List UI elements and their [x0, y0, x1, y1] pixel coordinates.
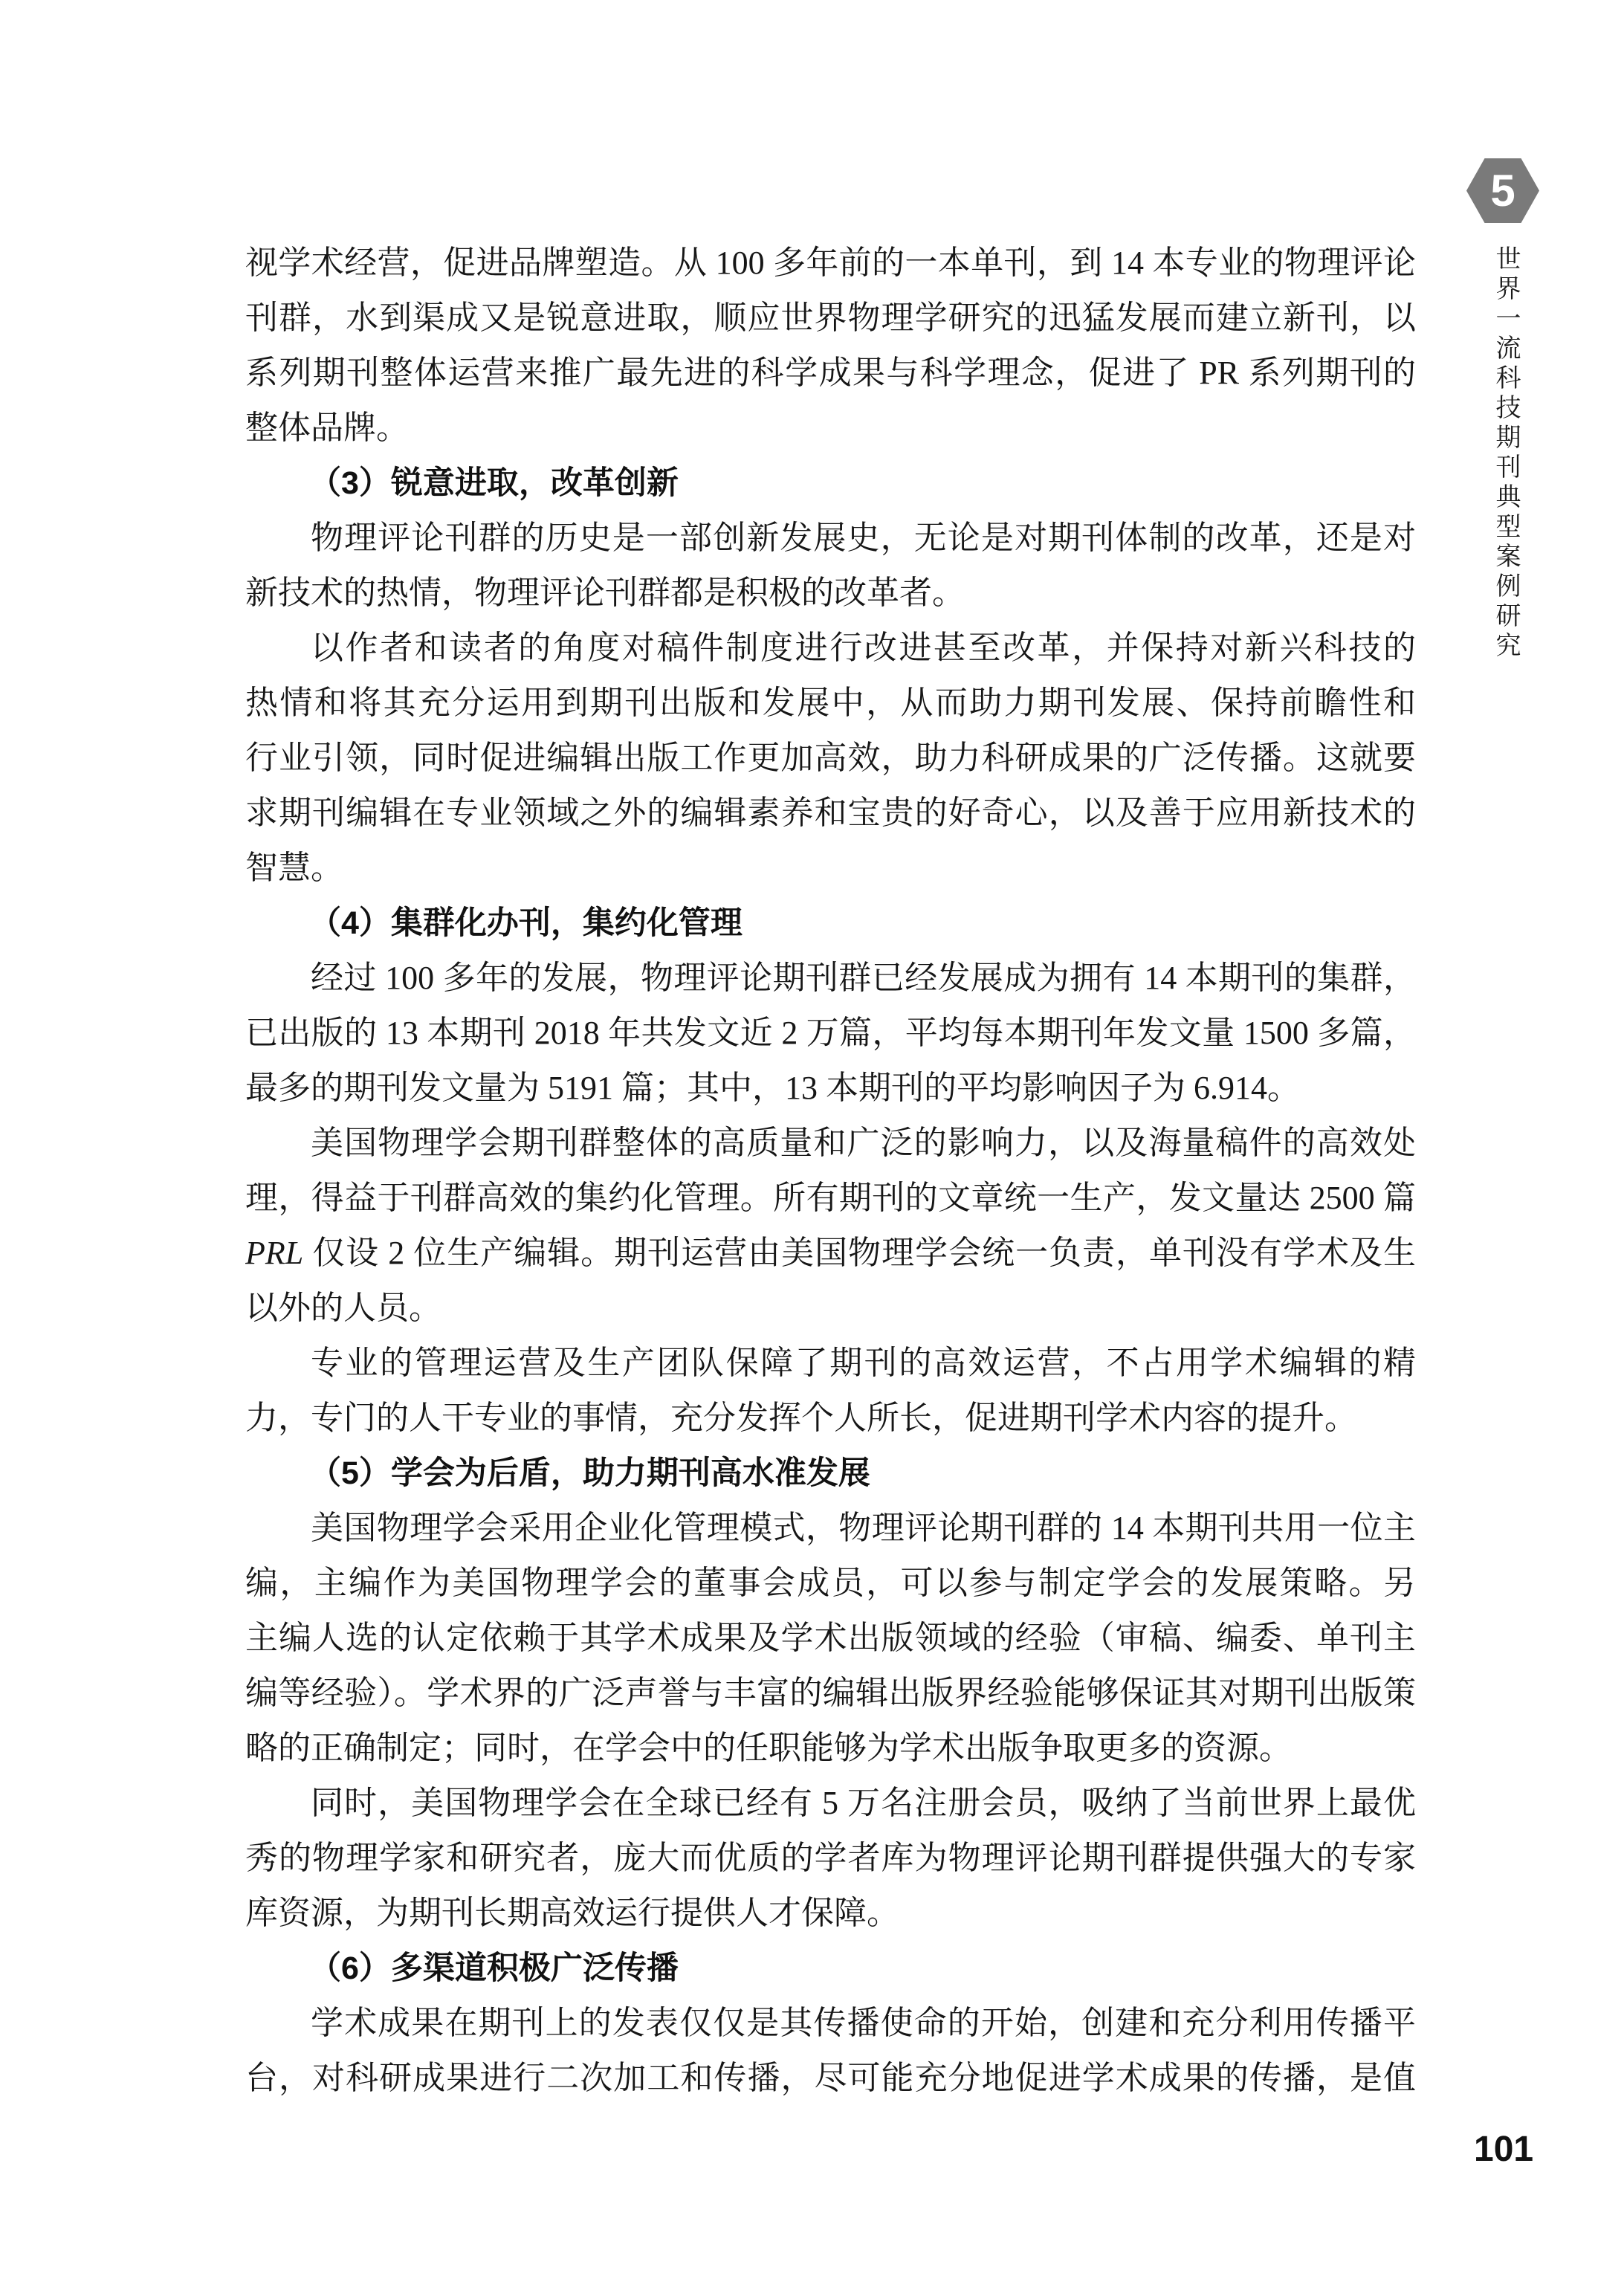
text-line: （4）集群化办刊，集约化管理 — [245, 896, 1416, 951]
text-line: 编等经验）。学术界的广泛声誉与丰富的编辑出版界经验能够保证其对期刊出版策 — [245, 1666, 1416, 1721]
text-line: 智慧。 — [245, 841, 1416, 896]
paragraph: 视学术经营，促进品牌塑造。从 100 多年前的一本单刊，到 14 本专业的物理评… — [245, 236, 1416, 456]
text-line: 视学术经营，促进品牌塑造。从 100 多年前的一本单刊，到 14 本专业的物理评… — [245, 236, 1416, 291]
body-text-column: 视学术经营，促进品牌塑造。从 100 多年前的一本单刊，到 14 本专业的物理评… — [245, 236, 1416, 2106]
text-line: 以作者和读者的角度对稿件制度进行改进甚至改革，并保持对新兴科技的 — [245, 621, 1416, 676]
journal-abbreviation-italic: PRL — [245, 1235, 303, 1271]
text-line: （5）学会为后盾，助力期刊高水准发展 — [245, 1446, 1416, 1501]
text-line: 力，专门的人干专业的事情，充分发挥个人所长，促进期刊学术内容的提升。 — [245, 1391, 1416, 1446]
paragraph: 以作者和读者的角度对稿件制度进行改进甚至改革，并保持对新兴科技的热情和将其充分运… — [245, 621, 1416, 896]
page-number: 101 — [1474, 2132, 1533, 2168]
text-line: 最多的期刊发文量为 5191 篇；其中，13 本期刊的平均影响因子为 6.914… — [245, 1061, 1416, 1116]
text-line: 以外的人员。 — [245, 1281, 1416, 1336]
section-heading: （4）集群化办刊，集约化管理 — [245, 896, 1416, 951]
text-line: 刊群，水到渠成又是锐意进取，顺应世界物理学研究的迅猛发展而建立新刊，以 — [245, 291, 1416, 346]
paragraph: 经过 100 多年的发展，物理评论期刊群已经发展成为拥有 14 本期刊的集群，已… — [245, 951, 1416, 1116]
text-line: 物理评论刊群的历史是一部创新发展史，无论是对期刊体制的改革，还是对 — [245, 511, 1416, 566]
text-line: 同时，美国物理学会在全球已经有 5 万名注册会员，吸纳了当前世界上最优 — [245, 1776, 1416, 1831]
paragraph: 学术成果在期刊上的发表仅仅是其传播使命的开始，创建和充分利用传播平台，对科研成果… — [245, 1996, 1416, 2106]
text-line: 美国物理学会采用企业化管理模式，物理评论期刊群的 14 本期刊共用一位主 — [245, 1501, 1416, 1556]
text-line: 略的正确制定；同时，在学会中的任职能够为学术出版争取更多的资源。 — [245, 1721, 1416, 1776]
text-line: 秀的物理学家和研究者，庞大而优质的学者库为物理评论期刊群提供强大的专家 — [245, 1831, 1416, 1886]
paragraph: 美国物理学会期刊群整体的高质量和广泛的影响力，以及海量稿件的高效处理，得益于刊群… — [245, 1116, 1416, 1336]
text-line: 求期刊编辑在专业领域之外的编辑素养和宝贵的好奇心，以及善于应用新技术的 — [245, 786, 1416, 841]
text-line: 经过 100 多年的发展，物理评论期刊群已经发展成为拥有 14 本期刊的集群， — [245, 951, 1416, 1006]
text-line: 专业的管理运营及生产团队保障了期刊的高效运营，不占用学术编辑的精 — [245, 1336, 1416, 1391]
paragraph: 专业的管理运营及生产团队保障了期刊的高效运营，不占用学术编辑的精力，专门的人干专… — [245, 1336, 1416, 1446]
paragraph: 同时，美国物理学会在全球已经有 5 万名注册会员，吸纳了当前世界上最优秀的物理学… — [245, 1776, 1416, 1941]
text-line: 热情和将其充分运用到期刊出版和发展中，从而助力期刊发展、保持前瞻性和 — [245, 676, 1416, 731]
section-heading: （3）锐意进取，改革创新 — [245, 456, 1416, 511]
chapter-number: 5 — [1490, 169, 1515, 213]
text-line: 行业引领，同时促进编辑出版工作更加高效，助力科研成果的广泛传播。这就要 — [245, 731, 1416, 786]
section-heading: （5）学会为后盾，助力期刊高水准发展 — [245, 1446, 1416, 1501]
text-segment: 仅设 2 位生产编辑。期刊运营由美国物理学会统一负责，单刊没有学术及生产 — [245, 1235, 1416, 1281]
book-page: 5 世界一流科技期刊典型案例研究 视学术经营，促进品牌塑造。从 100 多年前的… — [0, 0, 1624, 2282]
text-line: 学术成果在期刊上的发表仅仅是其传播使命的开始，创建和充分利用传播平 — [245, 1996, 1416, 2051]
chapter-title-vertical: 世界一流科技期刊典型案例研究 — [1487, 245, 1524, 662]
text-line: （3）锐意进取，改革创新 — [245, 456, 1416, 511]
paragraph: 美国物理学会采用企业化管理模式，物理评论期刊群的 14 本期刊共用一位主编，主编… — [245, 1501, 1416, 1776]
text-line: 理，得益于刊群高效的集约化管理。所有期刊的文章统一生产，发文量达 2500 篇的 — [245, 1171, 1416, 1226]
text-line: 整体品牌。 — [245, 401, 1416, 456]
text-line: 已出版的 13 本期刊 2018 年共发文近 2 万篇，平均每本期刊年发文量 1… — [245, 1006, 1416, 1061]
text-line: 美国物理学会期刊群整体的高质量和广泛的影响力，以及海量稿件的高效处 — [245, 1116, 1416, 1171]
text-line: 新技术的热情，物理评论刊群都是积极的改革者。 — [245, 566, 1416, 621]
text-line: 主编人选的认定依赖于其学术成果及学术出版领域的经验（审稿、编委、单刊主 — [245, 1611, 1416, 1666]
text-line: （6）多渠道积极广泛传播 — [245, 1941, 1416, 1996]
text-line: 系列期刊整体运营来推广最先进的科学成果与科学理念，促进了 PR 系列期刊的 — [245, 346, 1416, 401]
text-line: PRL 仅设 2 位生产编辑。期刊运营由美国物理学会统一负责，单刊没有学术及生产 — [245, 1226, 1416, 1281]
text-line: 编，主编作为美国物理学会的董事会成员，可以参与制定学会的发展策略。另外， — [245, 1556, 1416, 1611]
section-heading: （6）多渠道积极广泛传播 — [245, 1941, 1416, 1996]
text-line: 库资源，为期刊长期高效运行提供人才保障。 — [245, 1886, 1416, 1941]
paragraph: 物理评论刊群的历史是一部创新发展史，无论是对期刊体制的改革，还是对新技术的热情，… — [245, 511, 1416, 621]
chapter-number-badge: 5 — [1466, 158, 1539, 223]
text-line: 台，对科研成果进行二次加工和传播，尽可能充分地促进学术成果的传播，是值 — [245, 2051, 1416, 2106]
